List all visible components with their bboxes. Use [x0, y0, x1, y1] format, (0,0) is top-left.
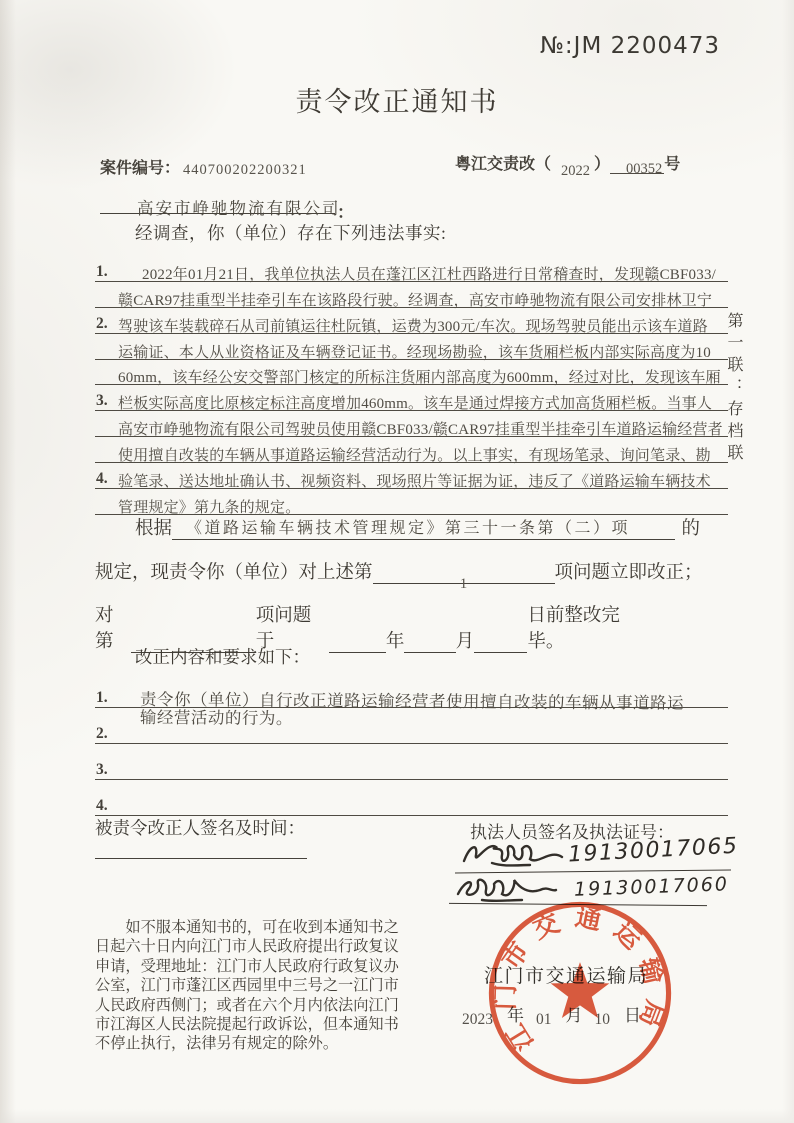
deadline-month-blank [404, 652, 455, 653]
basis-prefix: 根据 [135, 514, 172, 540]
ref-year-filled: 2022 [561, 163, 590, 180]
violation-intro-text: 经调查，你（单位）存在下列违法事实: [135, 220, 446, 245]
fact-row: 1.2022年01月21日，我单位执法人员在蓬江区江杜西路进行日常稽查时，发现赣… [95, 256, 728, 282]
basis-line3-text-a: 对第 [95, 601, 131, 653]
fact-row-marker: 3. [96, 392, 108, 410]
fact-row: 2.驾驶该车装载碎石从司前镇运往杜阮镇，运费为300元/车次。现场驾驶员能出示该… [95, 308, 728, 334]
ref-prefix: 粤江交责改（ [455, 156, 551, 173]
year-unit-label: 年 [386, 627, 405, 653]
appeal-line: 日起六十日内向江门市人民政府提出行政复议 [95, 937, 460, 956]
legal-basis-line-1: 根据 《道路运输车辆技术管理规定》第三十一条第（二）项 的 [135, 514, 700, 540]
page-title: 责令改正通知书 [0, 80, 794, 119]
document-serial-number: №:JM 2200473 [540, 33, 720, 59]
fact-row: 管理规定》第九条的规定。 [95, 489, 728, 515]
fact-row-text: 运输证、本人从业资格证及车辆登记证书。经现场勘验，该车货厢栏板内部实际高度为10 [118, 341, 711, 362]
correction-row-marker: 4. [96, 797, 108, 815]
seal-svg: 江门市交通运输局 [477, 890, 683, 1096]
signature-stroke-icon [458, 835, 568, 873]
correction-row-marker: 3. [96, 761, 108, 779]
fact-row-text: 高安市峥驰物流有限公司驾驶员使用赣CBF033/赣CAR97挂重型半挂牵引车道路… [118, 418, 723, 439]
officer-signature-1 [458, 835, 568, 873]
fact-row: 高安市峥驰物流有限公司驾驶员使用赣CBF033/赣CAR97挂重型半挂牵引车道路… [95, 411, 728, 437]
correction-heading: 改正内容和要求如下： [135, 644, 310, 669]
reference-number-line: 粤江交责改（2022）00352号 [455, 151, 680, 174]
fact-row-text: 60mm，该车经公安交警部门核定的所标注货厢内部高度为600mm，经过对比，发现… [118, 366, 721, 387]
correction-row-marker: 2. [96, 725, 108, 743]
fact-row-text: 赣CAR97挂重型半挂牵引车在该路段行驶。经调查，高安市峥驰物流有限公司安排林卫… [118, 289, 712, 310]
scanned-notice-page: №:JM 2200473 责令改正通知书 案件编号： 4407002022003… [0, 0, 794, 1123]
copy-designation-side-note: 第一联：存档联 [722, 312, 745, 466]
appeal-line: 市江海区人民法院提起行政诉讼，但本通知书 [95, 1015, 460, 1034]
case-number-label: 案件编号： [100, 155, 180, 178]
ref-number-filled: 00352 [610, 161, 664, 178]
fact-row: 赣CAR97挂重型半挂牵引车在该路段行驶。经调查，高安市峥驰物流有限公司安排林卫… [95, 282, 728, 308]
fact-row: 60mm，该车经公安交警部门核定的所标注货厢内部高度为600mm，经过对比，发现… [95, 360, 728, 386]
addressee-company-name: 高安市峥驰物流有限公司 [137, 195, 341, 219]
fact-row-text: 使用擅自改装的车辆从事道路运输经营活动行为。以上事实，有现场笔录、询问笔录、勘 [118, 444, 711, 465]
basis-law-filled: 《道路运输车辆技术管理规定》第三十一条第（二）项 [172, 515, 675, 540]
basis-line3-text-c: 日前整改完毕。 [527, 601, 655, 653]
violation-facts-section: 1.2022年01月21日，我单位执法人员在蓬江区江杜西路进行日常稽查时，发现赣… [95, 256, 728, 515]
fact-row-marker: 2. [96, 315, 108, 333]
seal-star-icon [551, 962, 610, 1018]
basis-line2-text-b: 项问题立即改正； [555, 558, 703, 584]
appeal-line: 人民政府西侧门；或者在六个月内依法向江门 [95, 996, 460, 1015]
appeal-rights-paragraph: 如不服本通知书的，可在收到本通知书之 日起六十日内向江门市人民政府提出行政复议 … [95, 918, 460, 1054]
basis-item-blank: 1 [373, 562, 555, 584]
correction-row: 3. [95, 744, 728, 780]
corrected-party-signature-line [95, 858, 307, 859]
corrected-party-signature-label: 被责令改正人签名及时间： [95, 815, 305, 840]
appeal-line: 如不服本通知书的，可在收到本通知书之 [95, 918, 460, 937]
basis-suffix: 的 [681, 514, 700, 540]
fact-row-text: 栏板实际高度比原核定标注高度增加460mm。该车是通过焊接方式加高货厢栏板。当事… [118, 392, 712, 413]
appeal-line: 申请，受理地址：江门市人民政府行政复议办 [95, 957, 460, 976]
fact-row: 使用擅自改装的车辆从事道路运输经营活动行为。以上事实，有现场笔录、询问笔录、勘 [95, 437, 728, 463]
correction-row: 4. [95, 780, 728, 816]
basis-line2-text-a: 规定，现责令你（单位）对上述第 [95, 558, 373, 584]
deadline-year-blank [329, 652, 386, 653]
fact-row: 4.验笔录、送达地址确认书、视频资料、现场照片等证据为证，违反了《道路运输车辆技… [95, 463, 728, 489]
deadline-day-blank [474, 652, 527, 653]
appeal-line: 不停止执行，法律另有规定的除外。 [95, 1034, 460, 1053]
fact-row: 3.栏板实际高度比原核定标注高度增加460mm。该车是通过焊接方式加高货厢栏板。… [95, 385, 728, 411]
fact-row: 运输证、本人从业资格证及车辆登记证书。经现场勘验，该车货厢栏板内部实际高度为10 [95, 334, 728, 360]
basis-item-filled: 1 [460, 576, 468, 593]
fact-row-text: 2022年01月21日，我单位执法人员在蓬江区江杜西路进行日常稽查时，发现赣CB… [142, 263, 716, 284]
fact-row-marker: 1. [96, 263, 108, 281]
fact-row-text: 驾驶该车装载碎石从司前镇运往杜阮镇，运费为300元/车次。现场驾驶员能出示该车道… [118, 315, 708, 336]
correction-row-marker: 1. [96, 689, 108, 707]
fact-row-text: 验笔录、送达地址确认书、视频资料、现场照片等证据为证，违反了《道路运输车辆技术 [118, 470, 711, 491]
case-number-value: 440700202200321 [183, 162, 307, 179]
ref-suffix: 号 [664, 156, 680, 173]
legal-basis-line-2: 规定，现责令你（单位）对上述第 1 项问题立即改正； [95, 558, 728, 584]
month-unit-label: 月 [456, 627, 475, 653]
correction-filled-text: 责令你（单位）自行改正道路运输经营者使用擅自改装的车辆从事道路运 输经营活动的行… [140, 691, 750, 730]
ref-close-bracket: ） [594, 156, 610, 173]
official-seal-stamp: 江门市交通运输局 [477, 890, 683, 1096]
fact-row-marker: 4. [96, 470, 108, 488]
appeal-line: 公室，江门市蓬江区西园里中三号之一江门市 [95, 976, 460, 995]
